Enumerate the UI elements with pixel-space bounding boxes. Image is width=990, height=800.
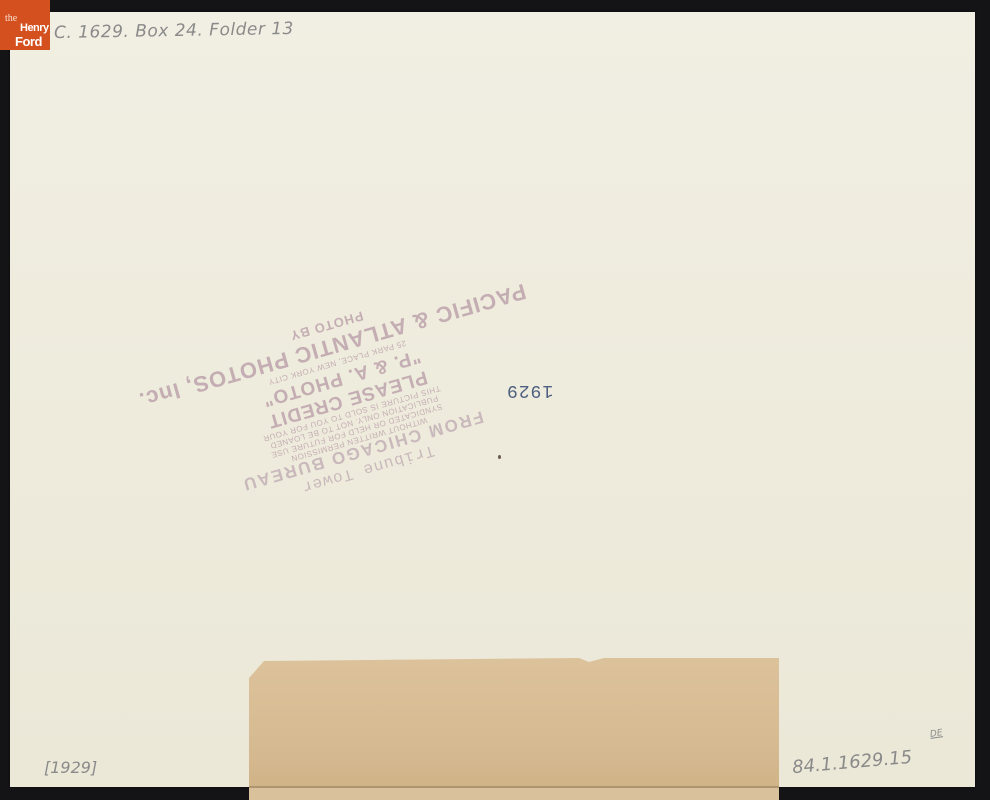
archive-reference-note: C. 1629. Box 24. Folder 13 (54, 19, 294, 43)
henry-ford-logo: the Henry Ford (0, 0, 50, 50)
initials-note: DE (929, 728, 943, 740)
logo-word-ford: Ford (15, 35, 42, 48)
envelope-sleeve (249, 658, 779, 800)
logo-word-henry: Henry (20, 23, 49, 34)
envelope-flap (249, 788, 779, 800)
logo-word-the: the (5, 14, 17, 24)
date-note: [1929] (44, 758, 97, 777)
ink-mark (498, 455, 501, 459)
